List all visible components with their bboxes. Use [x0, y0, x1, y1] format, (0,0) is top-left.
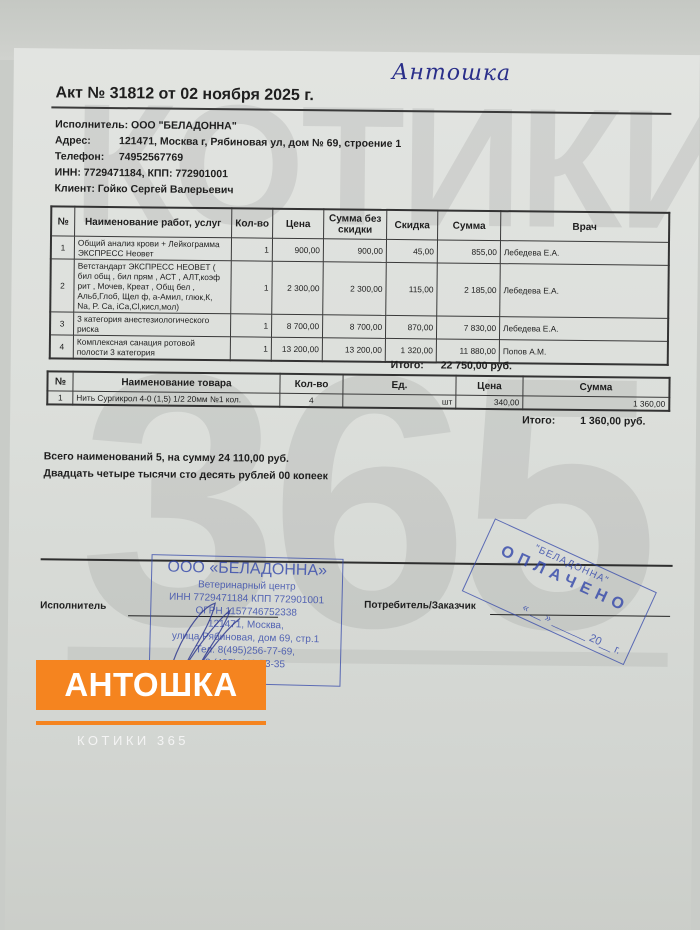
service-name: 3 категория анестезиологического риска [73, 312, 230, 337]
paid-stamp: "БЕЛАДОННА" ОПЛАЧЕНО « __ » ______ 20__ … [462, 518, 657, 665]
col-discount: Скидка [387, 210, 438, 240]
col-sum-no-discount: Сумма без скидки [324, 209, 387, 239]
goods-no: 1 [47, 391, 73, 405]
goods-qty: 4 [280, 393, 343, 407]
goods-col-qty: Кол-во [280, 374, 343, 394]
row-no: 3 [50, 312, 74, 335]
service-price: 900,00 [272, 238, 323, 262]
service-row: 2Ветстандарт ЭКСПРЕСС НЕОВЕТ ( бил общ ,… [50, 259, 669, 318]
service-name: Общий анализ крови + Лейкограмма ЭКСПРЕС… [74, 236, 231, 261]
col-qty: Кол-во [232, 208, 273, 238]
service-sum: 2 185,00 [437, 263, 501, 317]
client-name: Клиент: Гойко Сергей Валерьевич [54, 180, 400, 200]
service-qty: 1 [230, 314, 271, 337]
address-label: Адрес: [55, 132, 119, 149]
row-no: 1 [51, 236, 75, 259]
services-total-value: 22 750,00 руб. [441, 359, 512, 372]
handwritten-note: Антошка [392, 60, 512, 86]
service-sum-no-discount: 13 200,00 [322, 338, 385, 362]
act-title: Акт № 31812 от 02 ноября 2025 г. [55, 84, 313, 105]
goods-unit: шт [343, 394, 456, 409]
goods-total-label: Итого: [522, 414, 555, 426]
service-price: 13 200,00 [271, 337, 322, 361]
col-no: № [51, 206, 75, 236]
brand-underline [36, 721, 266, 725]
services-table: № Наименование работ, услуг Кол-во Цена … [49, 205, 671, 365]
services-total: Итого: 22 750,00 руб. [391, 359, 512, 372]
col-doctor: Врач [501, 211, 670, 242]
service-price: 2 300,00 [272, 261, 324, 315]
paid-stamp-text: ОПЛАЧЕНО [481, 535, 649, 625]
service-qty: 1 [230, 337, 271, 361]
service-price: 8 700,00 [271, 314, 322, 338]
goods-sum: 1 360,00 [523, 396, 670, 411]
row-no: 2 [50, 259, 74, 312]
service-name: Ветстандарт ЭКСПРЕСС НЕОВЕТ ( бил общ , … [74, 259, 232, 314]
goods-price: 340,00 [456, 395, 523, 409]
brand-logo: АНТОШКА [36, 660, 266, 710]
service-doctor: Лебедева Е.А. [500, 241, 669, 266]
customer-signature-label: Потребитель/Заказчик [364, 600, 476, 612]
service-discount: 115,00 [386, 262, 438, 316]
service-name: Комплексная санация ротовой полости 3 ка… [73, 335, 230, 360]
service-sum-no-discount: 8 700,00 [322, 315, 385, 339]
summary-words: Двадцать четыре тысячи сто десять рублей… [43, 465, 328, 485]
service-qty: 1 [231, 261, 273, 314]
invoice-document: КОТИКИ 365 Акт № 31812 от 02 ноября 2025… [5, 48, 700, 930]
row-no: 4 [50, 335, 74, 359]
service-discount: 45,00 [386, 239, 437, 263]
service-sum-no-discount: 2 300,00 [323, 262, 387, 316]
phone-label: Телефон: [55, 148, 119, 165]
service-discount: 870,00 [385, 315, 436, 339]
services-total-label: Итого: [391, 359, 424, 371]
goods-total: Итого: 1 360,00 руб. [522, 414, 645, 427]
brand-subtitle: КОТИКИ 365 [77, 733, 189, 748]
title-divider [51, 106, 671, 114]
goods-col-unit: Ед. [343, 374, 456, 395]
goods-col-sum: Сумма [523, 376, 670, 397]
service-doctor: Лебедева Е.А. [499, 317, 668, 342]
goods-table: № Наименование товара Кол-во Ед. Цена Су… [46, 370, 670, 412]
goods-col-no: № [47, 371, 73, 391]
service-sum: 7 830,00 [436, 316, 499, 340]
service-qty: 1 [231, 238, 272, 261]
col-sum: Сумма [438, 210, 501, 240]
service-doctor: Лебедева Е.А. [500, 264, 669, 319]
goods-total-value: 1 360,00 руб. [580, 415, 645, 428]
executor-info: Исполнитель: ООО "БЕЛАДОННА" Адрес: 1214… [54, 116, 401, 200]
col-price: Цена [273, 209, 324, 239]
goods-name: Нить Сургикрол 4-0 (1,5) 1/2 20мм №1 кол… [73, 391, 280, 407]
brand-name: АНТОШКА [36, 660, 266, 710]
grand-summary: Всего наименований 5, на сумму 24 110,00… [43, 448, 328, 485]
service-doctor: Попов А.М. [499, 340, 668, 365]
service-sum: 855,00 [437, 240, 500, 264]
goods-col-price: Цена [456, 376, 523, 396]
paid-stamp-date: « __ » ______ 20__ г. [521, 602, 623, 657]
goods-col-name: Наименование товара [73, 372, 280, 394]
service-sum-no-discount: 900,00 [323, 239, 386, 263]
executor-signature-label: Исполнитель [40, 600, 106, 612]
phone-value: 74952567769 [119, 149, 183, 166]
col-service-name: Наименование работ, услуг [75, 207, 232, 238]
